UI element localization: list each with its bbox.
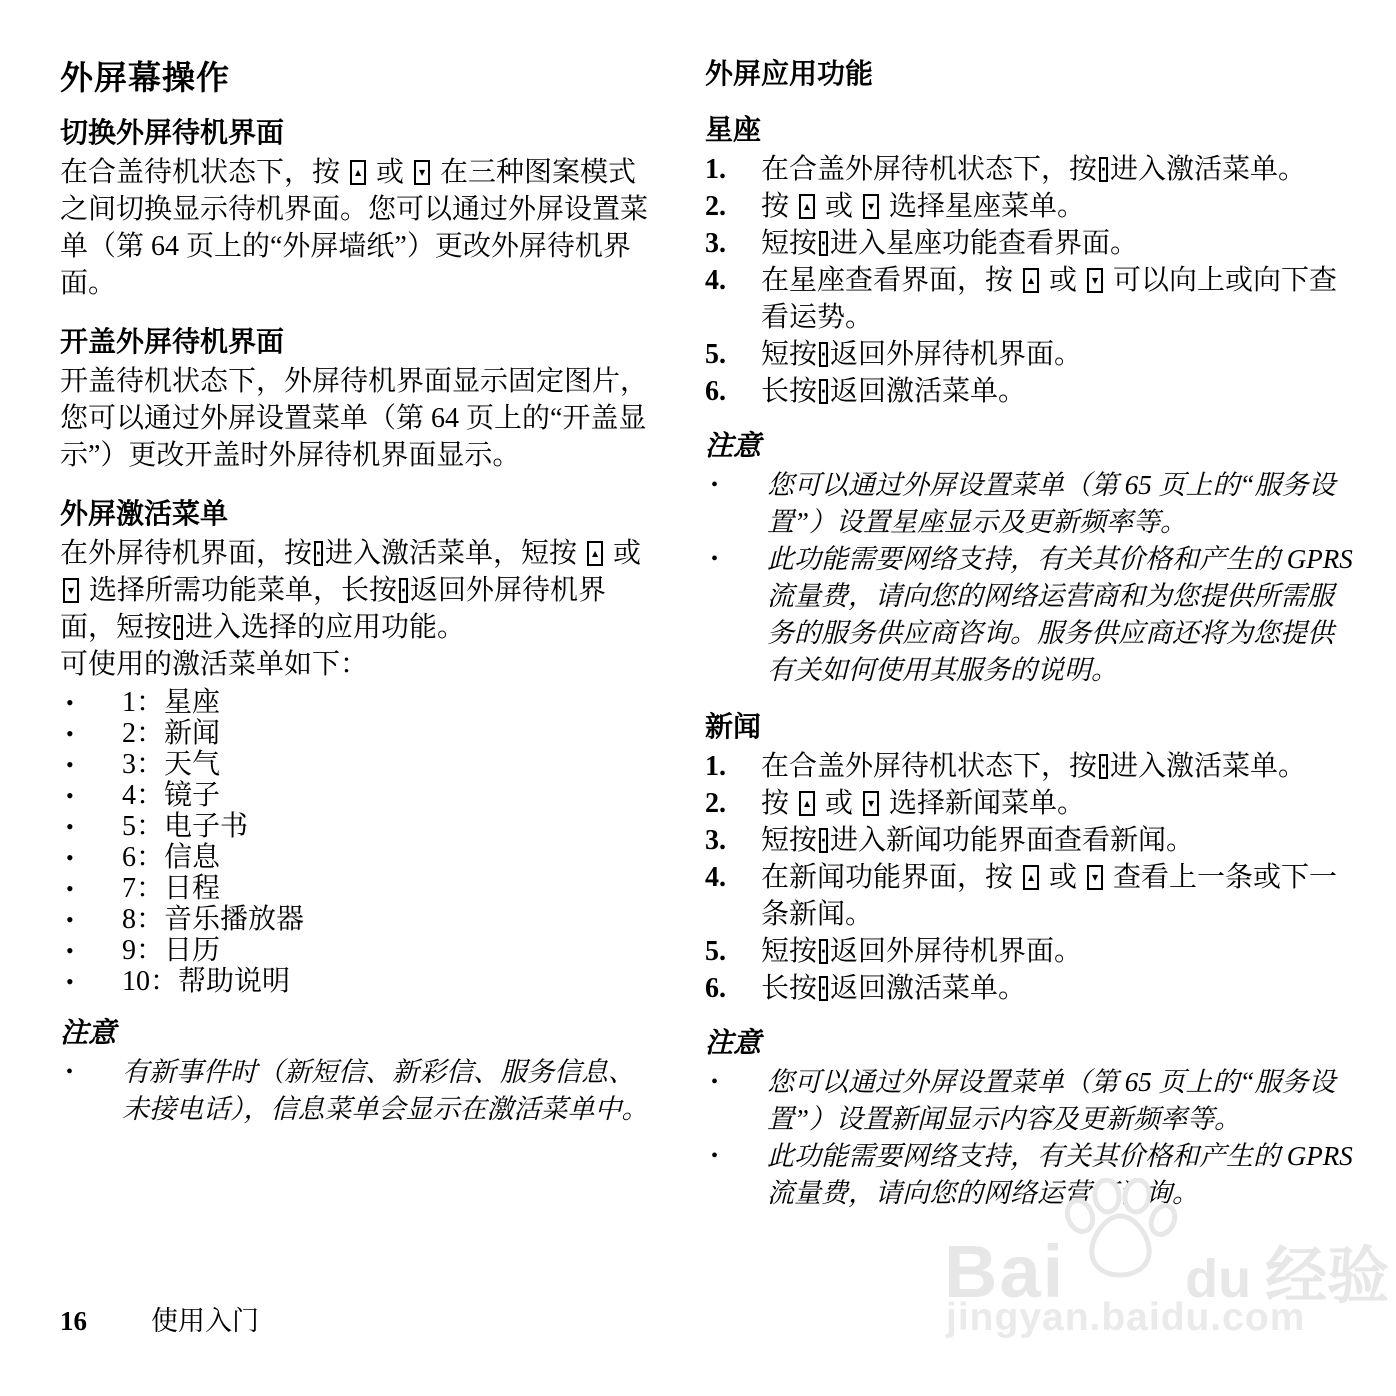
side-key-icon: · bbox=[819, 828, 828, 853]
list-item: •2：新闻 bbox=[60, 718, 660, 749]
baidu-logo-text: Baidu经验 bbox=[944, 1226, 1389, 1315]
side-key-icon: · bbox=[819, 976, 828, 1001]
list-item-label: 8：音乐播放器 bbox=[122, 904, 304, 935]
side-key-icon: · bbox=[819, 379, 828, 404]
step-number: 5. bbox=[705, 933, 761, 970]
step-text: 按 ▲ 或 ▼ 选择星座菜单。 bbox=[761, 188, 1353, 225]
step-item: 5.短按·返回外屏待机界面。 bbox=[705, 336, 1353, 373]
note-label: 注意 bbox=[705, 424, 1353, 464]
step-item: 4.在星座查看界面，按 ▲ 或 ▼ 可以向上或向下查看运势。 bbox=[705, 262, 1353, 336]
note-label: 注意 bbox=[60, 1011, 660, 1051]
down-key-icon: ▼ bbox=[863, 194, 879, 219]
step-text: 短按·返回外屏待机界面。 bbox=[761, 336, 1353, 373]
right-column: 外屏应用功能 星座 1.在合盖外屏待机状态下，按·进入激活菜单。 2.按 ▲ 或… bbox=[705, 52, 1353, 1212]
step-item: 6.长按·返回激活菜单。 bbox=[705, 970, 1353, 1007]
app-name-horoscope: 星座 bbox=[705, 108, 1353, 148]
note-text: 您可以通过外屏设置菜单（第 65 页上的“服务设置”）设置星座显示及更新频率等。 bbox=[767, 467, 1353, 541]
list-item-label: 7：日程 bbox=[122, 873, 220, 904]
step-text: 在新闻功能界面，按 ▲ 或 ▼ 查看上一条或下一条新闻。 bbox=[761, 859, 1353, 933]
step-item: 1.在合盖外屏待机状态下，按·进入激活菜单。 bbox=[705, 748, 1353, 785]
note-text: 此功能需要网络支持，有关其价格和产生的 GPRS 流量费，请向您的网络运营商咨询… bbox=[767, 1138, 1353, 1212]
bullet-icon: • bbox=[60, 718, 122, 749]
bullet-icon: • bbox=[60, 966, 122, 997]
list-item-label: 1：星座 bbox=[122, 687, 220, 718]
watermark-bai: Bai bbox=[944, 1230, 1065, 1313]
left-column: 外屏幕操作 切换外屏待机界面 在合盖待机状态下，按 ▲ 或 ▼ 在三种图案模式之… bbox=[60, 52, 660, 1128]
page-number: 16 bbox=[60, 1306, 87, 1337]
watermark-jingyan: 经验 bbox=[1265, 1242, 1389, 1311]
down-key-icon: ▼ bbox=[1087, 268, 1103, 293]
step-number: 3. bbox=[705, 822, 761, 859]
step-number: 1. bbox=[705, 151, 761, 188]
up-key-icon: ▲ bbox=[799, 791, 815, 816]
step-item: 3.短按·进入星座功能查看界面。 bbox=[705, 225, 1353, 262]
list-item-label: 2：新闻 bbox=[122, 718, 220, 749]
list-item-label: 3：天气 bbox=[122, 749, 220, 780]
bullet-icon: • bbox=[60, 873, 122, 904]
list-item: •8：音乐播放器 bbox=[60, 904, 660, 935]
step-number: 6. bbox=[705, 373, 761, 410]
step-text: 在合盖外屏待机状态下，按·进入激活菜单。 bbox=[761, 748, 1353, 785]
footer-section-label: 使用入门 bbox=[151, 1306, 259, 1336]
app-name-news: 新闻 bbox=[705, 705, 1353, 745]
side-key-icon: · bbox=[174, 615, 183, 640]
section-heading-open-standby: 开盖外屏待机界面 bbox=[60, 320, 660, 360]
up-key-icon: ▲ bbox=[1023, 865, 1039, 890]
note-text: 此功能需要网络支持，有关其价格和产生的 GPRS 流量费，请向您的网络运营商和为… bbox=[767, 541, 1353, 689]
bullet-icon: • bbox=[60, 811, 122, 842]
list-item: •6：信息 bbox=[60, 842, 660, 873]
step-text: 短按·返回外屏待机界面。 bbox=[761, 933, 1353, 970]
menu-list-intro: 可使用的激活菜单如下： bbox=[60, 646, 660, 683]
section-heading-activate-menu: 外屏激活菜单 bbox=[60, 492, 660, 532]
bullet-icon: • bbox=[60, 1054, 122, 1128]
note-text: 您可以通过外屏设置菜单（第 65 页上的“服务设置”）设置新闻显示内容及更新频率… bbox=[767, 1064, 1353, 1138]
down-key-icon: ▼ bbox=[1087, 865, 1103, 890]
section-body: 在外屏待机界面，按·进入激活菜单，短按 ▲ 或 ▼ 选择所需功能菜单，长按·返回… bbox=[60, 535, 660, 646]
side-key-icon: · bbox=[314, 541, 323, 566]
section-heading-apps: 外屏应用功能 bbox=[705, 52, 1353, 92]
step-number: 1. bbox=[705, 748, 761, 785]
step-text: 短按·进入新闻功能界面查看新闻。 bbox=[761, 822, 1353, 859]
side-key-icon: · bbox=[1099, 754, 1108, 779]
side-key-icon: · bbox=[819, 342, 828, 367]
step-text: 短按·进入星座功能查看界面。 bbox=[761, 225, 1353, 262]
step-number: 4. bbox=[705, 859, 761, 933]
up-key-icon: ▲ bbox=[1023, 268, 1039, 293]
bullet-icon: • bbox=[705, 541, 767, 689]
watermark-url: jingyan.baidu.com bbox=[946, 1296, 1305, 1340]
bullet-icon: • bbox=[60, 842, 122, 873]
step-number: 3. bbox=[705, 225, 761, 262]
list-item-label: 4：镜子 bbox=[122, 780, 220, 811]
step-text: 在合盖外屏待机状态下，按·进入激活菜单。 bbox=[761, 151, 1353, 188]
down-key-icon: ▼ bbox=[414, 160, 430, 185]
list-item-label: 6：信息 bbox=[122, 842, 220, 873]
side-key-icon: · bbox=[399, 578, 408, 603]
list-item-label: 5：电子书 bbox=[122, 811, 248, 842]
note-text: 有新事件时（新短信、新彩信、服务信息、未接电话），信息菜单会显示在激活菜单中。 bbox=[122, 1054, 660, 1128]
note-item: •有新事件时（新短信、新彩信、服务信息、未接电话），信息菜单会显示在激活菜单中。 bbox=[60, 1054, 660, 1128]
section-heading-switch-standby: 切换外屏待机界面 bbox=[60, 111, 660, 151]
bullet-icon: • bbox=[60, 687, 122, 718]
list-item: •7：日程 bbox=[60, 873, 660, 904]
step-number: 2. bbox=[705, 785, 761, 822]
step-item: 4.在新闻功能界面，按 ▲ 或 ▼ 查看上一条或下一条新闻。 bbox=[705, 859, 1353, 933]
step-item: 6.长按·返回激活菜单。 bbox=[705, 373, 1353, 410]
step-number: 6. bbox=[705, 970, 761, 1007]
step-number: 4. bbox=[705, 262, 761, 336]
list-item: •3：天气 bbox=[60, 749, 660, 780]
up-key-icon: ▲ bbox=[587, 541, 603, 566]
section-body: 在合盖待机状态下，按 ▲ 或 ▼ 在三种图案模式之间切换显示待机界面。您可以通过… bbox=[60, 154, 660, 302]
page-title: 外屏幕操作 bbox=[60, 52, 660, 99]
step-text: 长按·返回激活菜单。 bbox=[761, 970, 1353, 1007]
note-item: •您可以通过外屏设置菜单（第 65 页上的“服务设置”）设置星座显示及更新频率等… bbox=[705, 467, 1353, 541]
step-number: 2. bbox=[705, 188, 761, 225]
step-item: 2.按 ▲ 或 ▼ 选择新闻菜单。 bbox=[705, 785, 1353, 822]
note-item: •您可以通过外屏设置菜单（第 65 页上的“服务设置”）设置新闻显示内容及更新频… bbox=[705, 1064, 1353, 1138]
bullet-icon: • bbox=[60, 904, 122, 935]
bullet-icon: • bbox=[60, 749, 122, 780]
list-item: •9：日历 bbox=[60, 935, 660, 966]
side-key-icon: · bbox=[819, 939, 828, 964]
list-item-label: 9：日历 bbox=[122, 935, 220, 966]
step-item: 3.短按·进入新闻功能界面查看新闻。 bbox=[705, 822, 1353, 859]
note-item: •此功能需要网络支持，有关其价格和产生的 GPRS 流量费，请向您的网络运营商咨… bbox=[705, 1138, 1353, 1212]
side-key-icon: · bbox=[1099, 157, 1108, 182]
bullet-icon: • bbox=[705, 1138, 767, 1212]
step-item: 2.按 ▲ 或 ▼ 选择星座菜单。 bbox=[705, 188, 1353, 225]
step-text: 长按·返回激活菜单。 bbox=[761, 373, 1353, 410]
up-key-icon: ▲ bbox=[350, 160, 366, 185]
page-footer: 16使用入门 bbox=[60, 1299, 259, 1338]
bullet-icon: • bbox=[705, 467, 767, 541]
note-label: 注意 bbox=[705, 1021, 1353, 1061]
step-text: 按 ▲ 或 ▼ 选择新闻菜单。 bbox=[761, 785, 1353, 822]
section-body: 开盖待机状态下，外屏待机界面显示固定图片，您可以通过外屏设置菜单（第 64 页上… bbox=[60, 363, 660, 474]
list-item: •10：帮助说明 bbox=[60, 966, 660, 997]
list-item: •5：电子书 bbox=[60, 811, 660, 842]
list-item: •4：镜子 bbox=[60, 780, 660, 811]
up-key-icon: ▲ bbox=[799, 194, 815, 219]
step-item: 1.在合盖外屏待机状态下，按·进入激活菜单。 bbox=[705, 151, 1353, 188]
step-item: 5.短按·返回外屏待机界面。 bbox=[705, 933, 1353, 970]
note-item: •此功能需要网络支持，有关其价格和产生的 GPRS 流量费，请向您的网络运营商和… bbox=[705, 541, 1353, 689]
down-key-icon: ▼ bbox=[63, 578, 79, 603]
list-item-label: 10：帮助说明 bbox=[122, 966, 290, 997]
step-text: 在星座查看界面，按 ▲ 或 ▼ 可以向上或向下查看运势。 bbox=[761, 262, 1353, 336]
watermark-du: du bbox=[1185, 1249, 1251, 1309]
step-number: 5. bbox=[705, 336, 761, 373]
bullet-icon: • bbox=[60, 935, 122, 966]
list-item: •1：星座 bbox=[60, 687, 660, 718]
bullet-icon: • bbox=[705, 1064, 767, 1138]
side-key-icon: · bbox=[819, 231, 828, 256]
down-key-icon: ▼ bbox=[863, 791, 879, 816]
bullet-icon: • bbox=[60, 780, 122, 811]
